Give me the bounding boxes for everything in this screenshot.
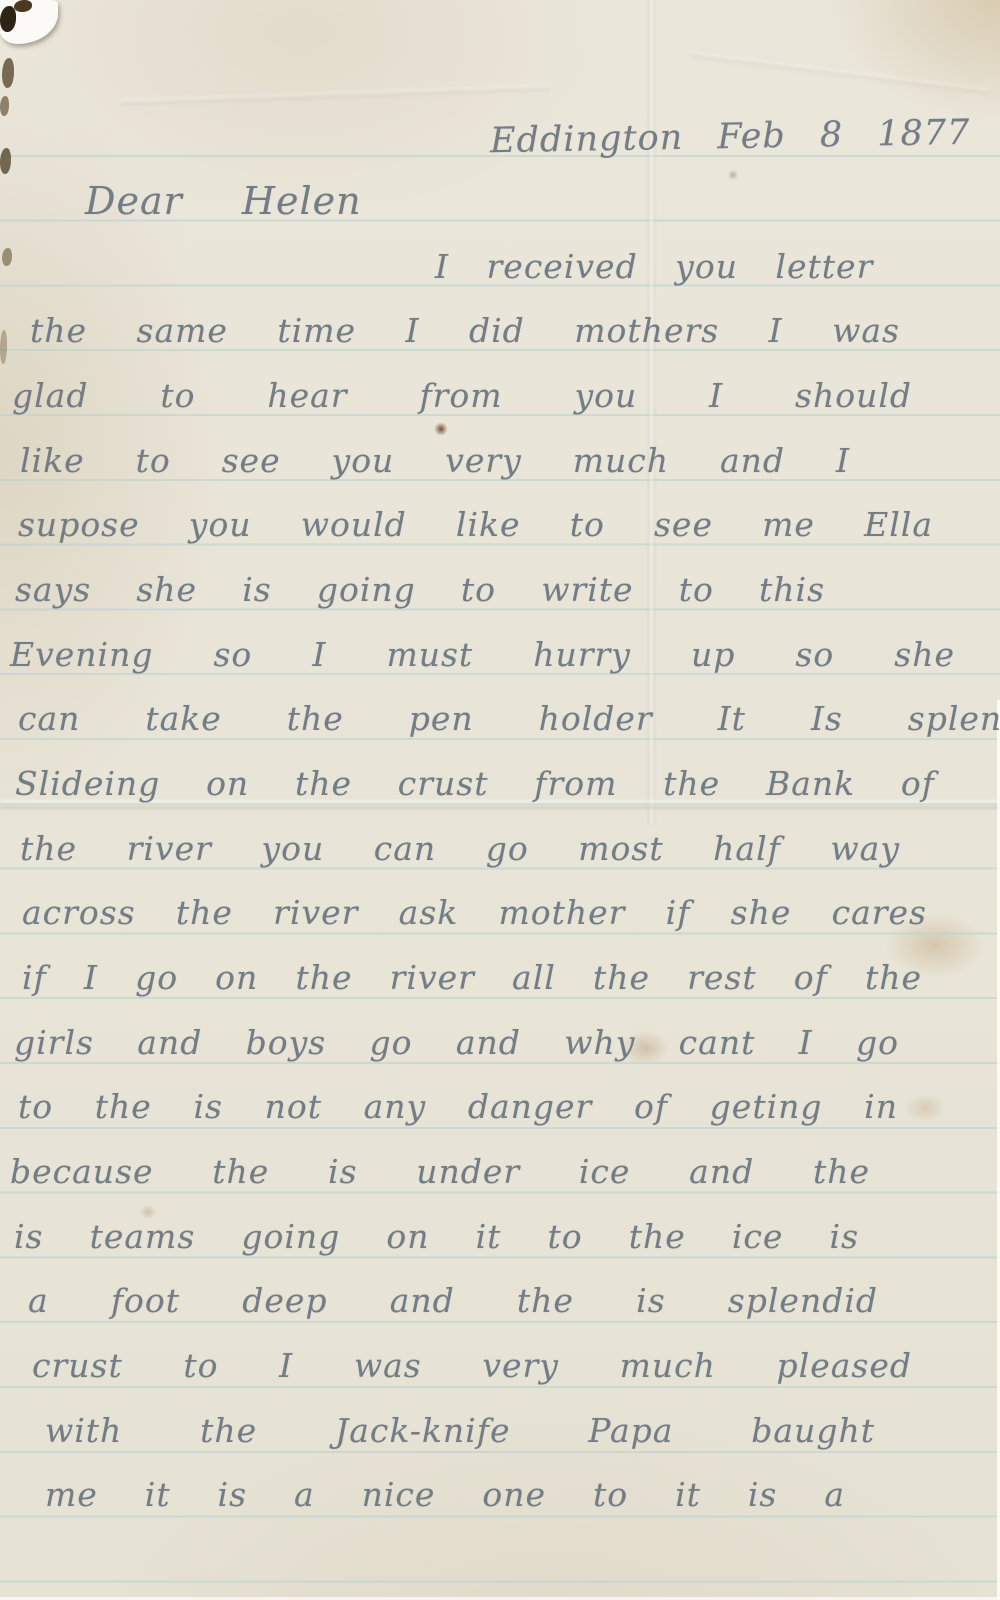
letter-body-line: if I go on the river all the rest of the <box>22 953 922 1005</box>
letter-body-line: Slideing on the crust from the Bank of <box>15 759 935 811</box>
top-wrinkle-crease <box>120 84 550 105</box>
letter-salutation: Dear Helen <box>85 176 362 228</box>
torn-edge-damage <box>0 6 16 32</box>
torn-edge-damage <box>0 330 7 364</box>
torn-corner <box>0 0 58 44</box>
letter-body-line: to the is not any danger of geting in <box>18 1082 898 1134</box>
letter-body-line: like to see you very much and I <box>20 436 850 488</box>
letter-body-line: with the Jack-knife Papa baught <box>45 1406 875 1458</box>
letter-body-line: crust to I was very much pleased <box>32 1341 912 1393</box>
letter-body-line: a foot deep and the is splendid <box>28 1276 878 1328</box>
letter-dateline: Eddington Feb 8 1877 <box>490 108 971 168</box>
letter-body-line: the river you can go most half way <box>20 824 900 876</box>
torn-edge-damage <box>2 58 14 88</box>
letter-body-line: can take the pen holder It Is splendid <box>18 694 1000 746</box>
torn-edge-damage <box>14 0 32 12</box>
letter-body-line: girls and boys go and why cant I go <box>14 1018 899 1070</box>
torn-edge-damage <box>0 148 11 174</box>
letter-body-line: because the is under ice and the <box>10 1147 870 1199</box>
torn-edge-damage <box>2 248 12 266</box>
letter-opening-line: I received you letter <box>435 242 873 294</box>
letter-page: Eddington Feb 8 1877 Dear Helen I receiv… <box>0 0 1000 1600</box>
letter-body-line: is teams going on it to the ice is <box>14 1212 859 1264</box>
letter-body-line: across the river ask mother if she cares <box>22 888 927 940</box>
letter-body-line: the same time I did mothers I was <box>30 306 900 358</box>
letter-body-line: glad to hear from you I should <box>12 371 912 423</box>
torn-edge-damage <box>0 96 9 116</box>
letter-body-line: says she is going to write to this <box>15 565 825 617</box>
letter-body-line: supose you would like to see me Ella <box>18 500 933 552</box>
top-right-wrinkle-crease <box>691 52 989 95</box>
letter-body-line: Evening so I must hurry up so she <box>10 630 955 682</box>
letter-body-line: me it is a nice one to it is a <box>45 1470 845 1522</box>
